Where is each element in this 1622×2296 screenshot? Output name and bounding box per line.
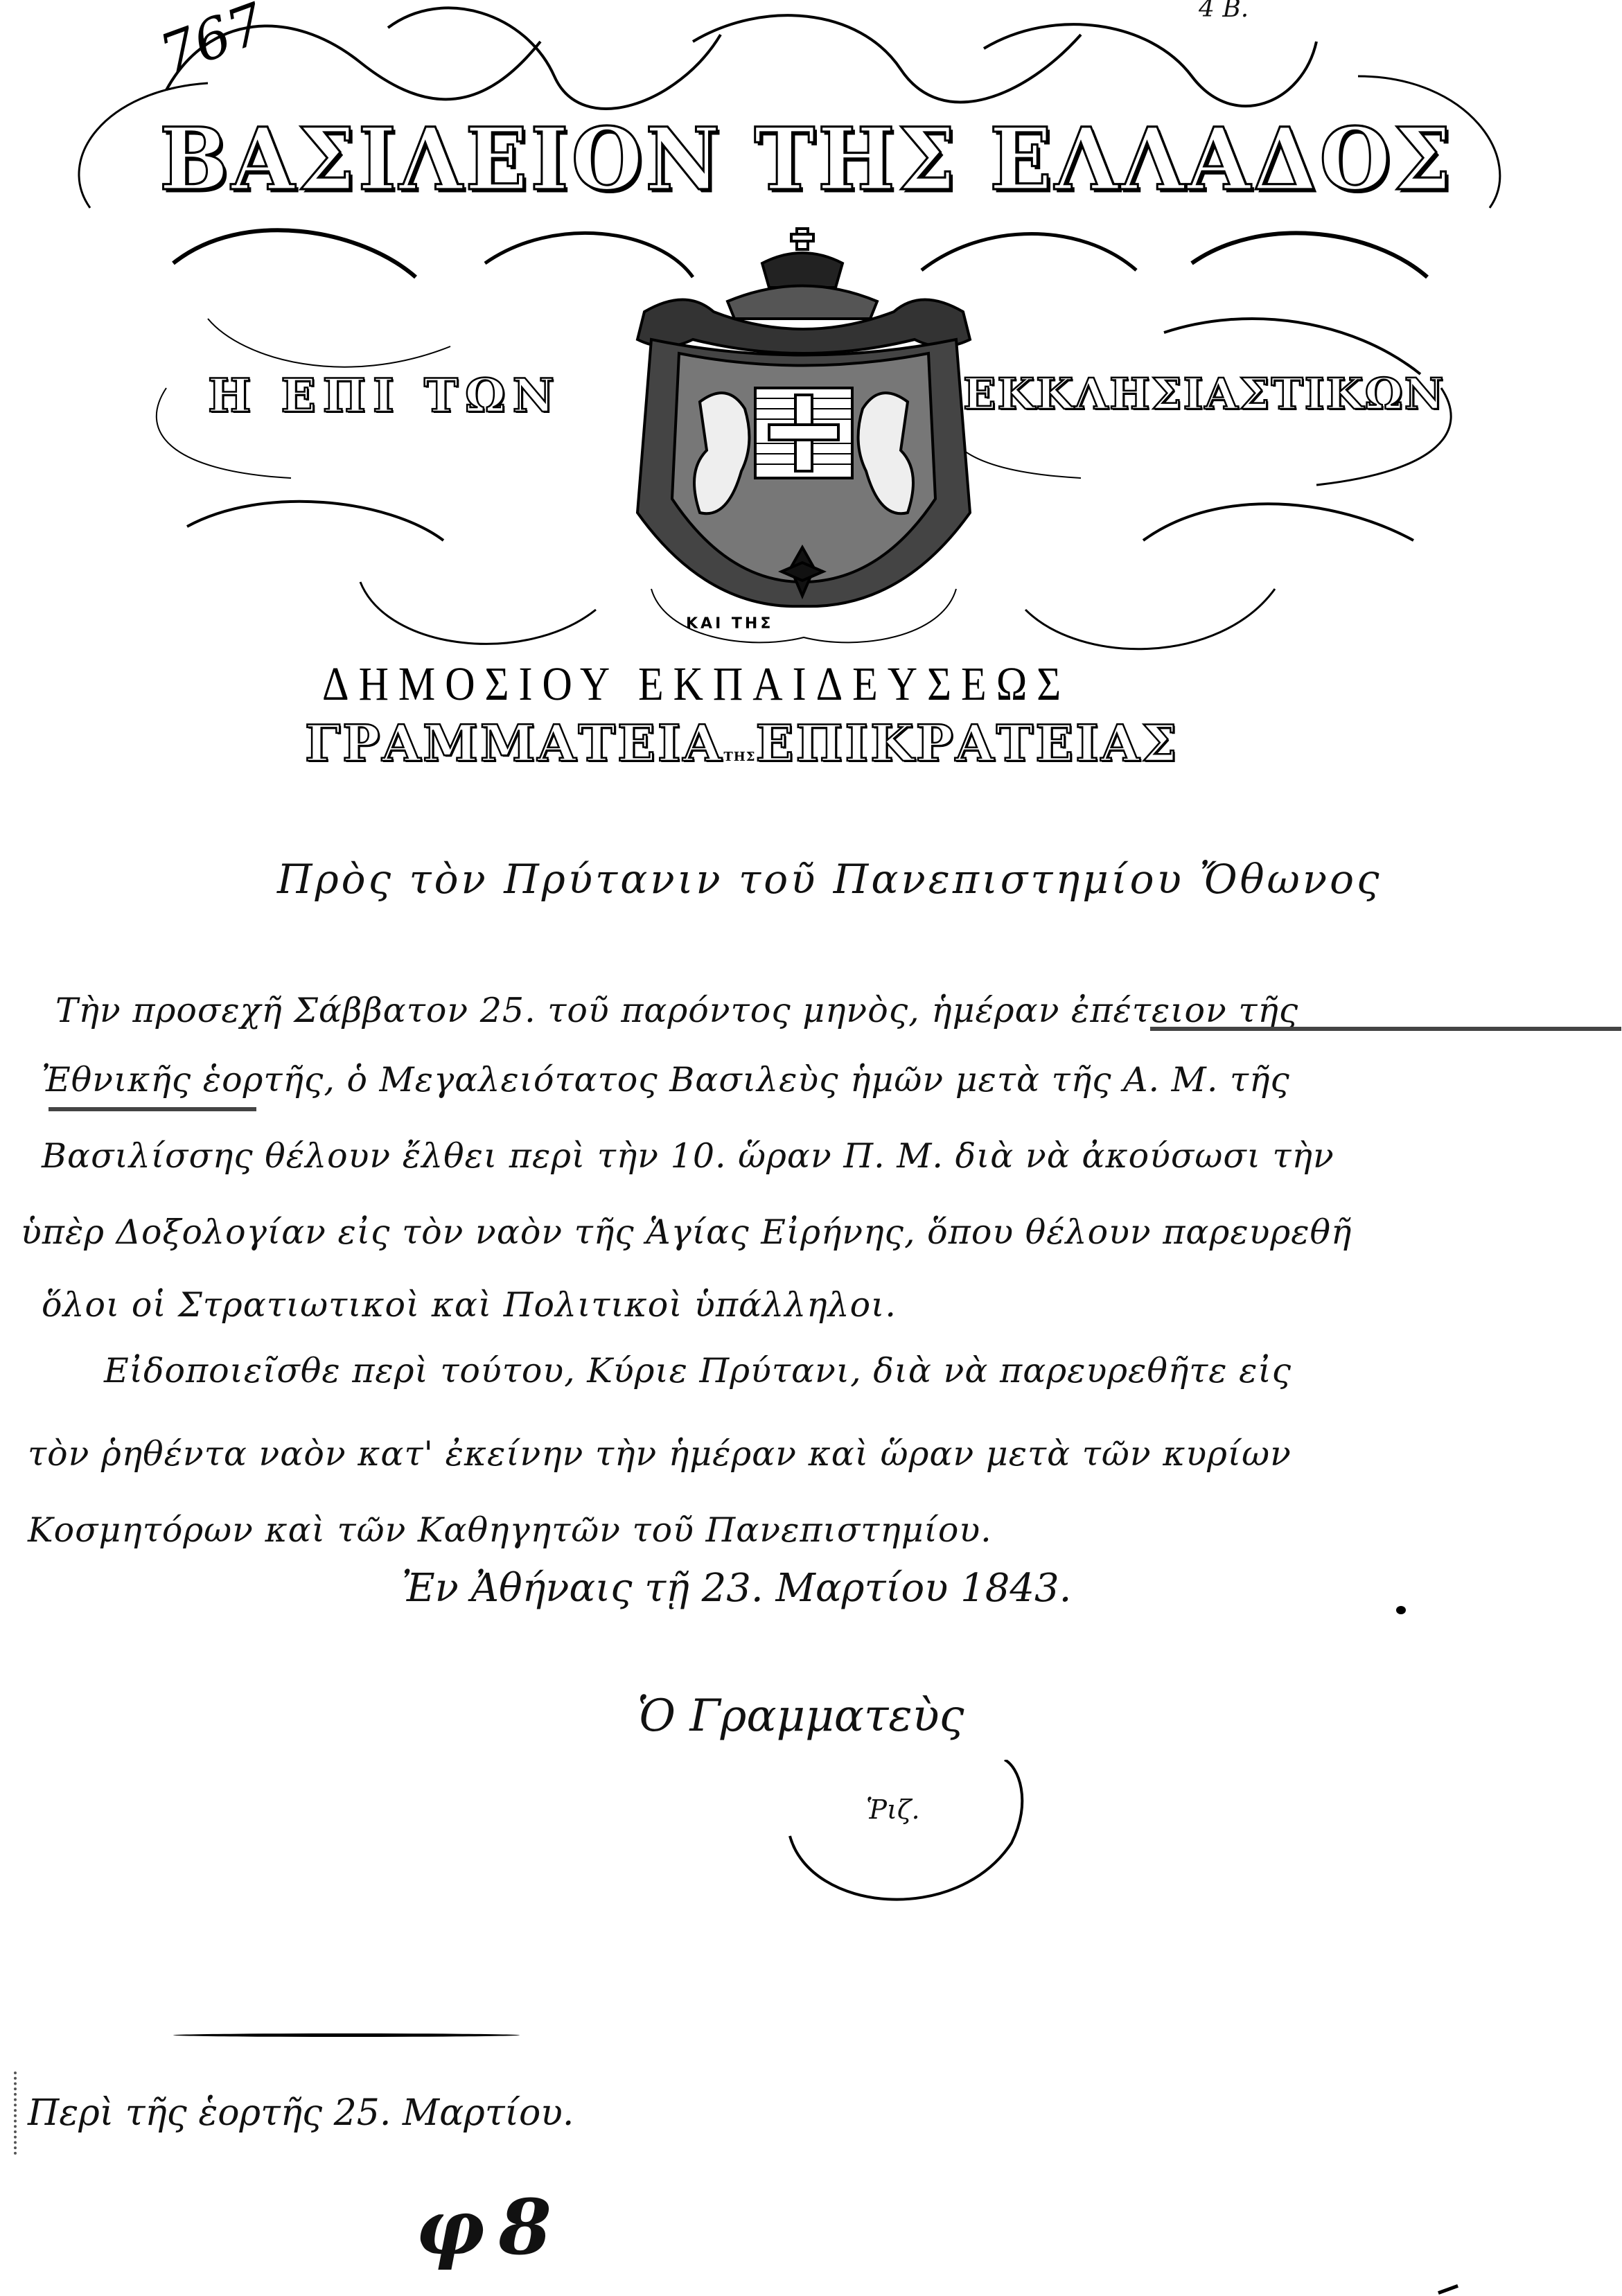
state-word: ΕΠΙΚΡΑΤΕΙΑΣ: [756, 714, 1179, 772]
subject-rule: [173, 2033, 520, 2037]
underline-mark: [49, 1107, 256, 1111]
letter-addressee: Πρὸς τὸν Πρύτανιν τοῦ Πανεπιστημίου Ὄθων…: [277, 856, 1382, 903]
letter-body-line: Κοσμητόρων καὶ τῶν Καθηγητῶν τοῦ Πανεπισ…: [28, 1510, 992, 1550]
department-heading-right: ΕΚΚΛΗΣΙΑΣΤΙΚΩΝ: [963, 369, 1445, 419]
letter-date-line: Ἐν Ἀθήναις τῇ 23. Μαρτίου 1843.: [402, 1566, 1071, 1611]
signoff-title: Ὁ Γραμματεὺς: [637, 1690, 964, 1742]
signature-flourish-icon: [783, 1760, 1074, 1919]
ink-dot: [1396, 1606, 1406, 1614]
department-heading-education: ΔΗΜΟΣΙΟΥ ΕΚΠΑΙΔΕΥΣΕΩΣ: [322, 657, 1070, 712]
coat-of-arms-icon: [624, 222, 984, 610]
margin-mark: [14, 2072, 22, 2155]
folio-number: φ8: [416, 2182, 565, 2272]
department-heading-left: Η ΕΠΙ ΤΩΝ: [208, 369, 561, 423]
underline-mark: [1150, 1027, 1621, 1031]
stray-ink-stroke: [1438, 2284, 1458, 2295]
letter-body-line: ὑπὲρ Δοξολογίαν εἰς τὸν ναὸν τῆς Ἁγίας Ε…: [21, 1212, 1352, 1252]
secretariat-word: ΓΡΑΜΜΑΤΕΙΑ: [305, 714, 723, 772]
kingdom-title: ΒΑΣΙΛΕΙΟΝ ΤΗΣ ΕΛΛΑΔΟΣ: [159, 109, 1454, 210]
letter-body-line: τὸν ῥηθέντα ναὸν κατ' ἐκείνην τὴν ἡμέραν…: [28, 1434, 1292, 1474]
department-heading-secretariat: ΓΡΑΜΜΑΤΕΙΑΤΗΣΕΠΙΚΡΑΤΕΙΑΣ: [305, 714, 1179, 772]
subject-note: Περὶ τῆς ἑορτῆς 25. Μαρτίου.: [28, 2092, 574, 2134]
letter-body-line: Ἐθνικῆς ἑορτῆς, ὁ Μεγαλειότατος Βασιλεὺς…: [42, 1060, 1290, 1100]
secretariat-connector: ΤΗΣ: [723, 750, 755, 764]
corner-note-annotation: 4 Β.: [1199, 0, 1249, 23]
archive-number-annotation: 767: [152, 0, 273, 87]
letter-body-line: ὅλοι οἱ Στρατιωτικοὶ καὶ Πολιτικοὶ ὑπάλλ…: [42, 1285, 897, 1325]
department-connector: ΚΑΙ ΤΗΣ: [686, 615, 773, 633]
letter-body-line: Τὴν προσεχῆ Σάββατον 25. τοῦ παρόντος μη…: [55, 991, 1298, 1030]
letter-body-line: Βασιλίσσης θέλουν ἔλθει περὶ τὴν 10. ὥρα…: [42, 1136, 1334, 1176]
letter-body-line: Εἰδοποιεῖσθε περὶ τούτου, Κύριε Πρύτανι,…: [104, 1351, 1292, 1390]
